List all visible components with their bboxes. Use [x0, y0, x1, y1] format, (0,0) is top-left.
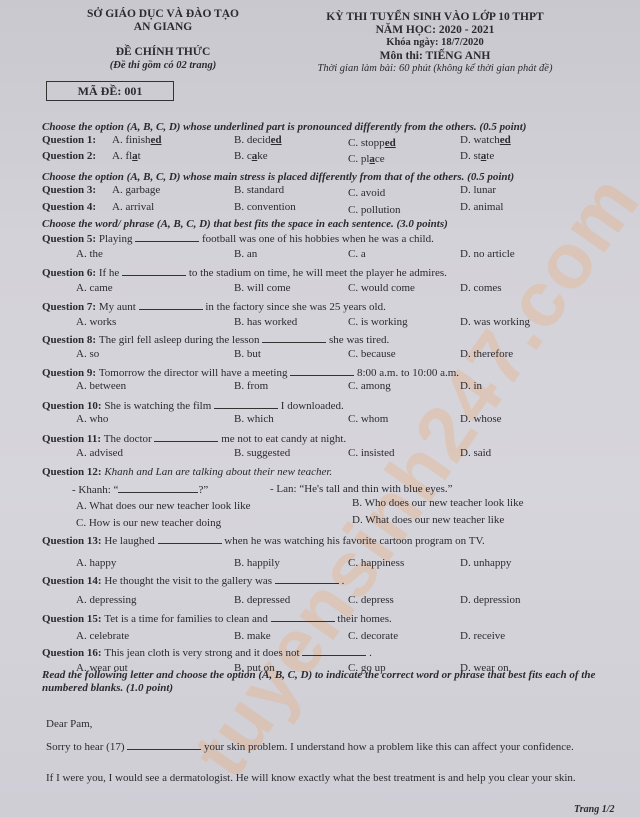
answer-option: A. happy [76, 557, 116, 569]
option-text: A. fl [112, 150, 132, 162]
question-label: Question 2: [42, 150, 96, 162]
question-row: Question 13: He laughed when he was watc… [42, 534, 485, 547]
answer-option: B. Who does our new teacher look like [352, 497, 523, 509]
question-stem-before: He laughed [104, 535, 157, 547]
answer-option: D. no article [460, 248, 515, 260]
question-label: Question 16: [42, 647, 104, 659]
answer-option: B. happily [234, 557, 280, 569]
answer-option: C. place [348, 153, 385, 165]
exam-date: Khóa ngày: 18/7/2020 [270, 37, 600, 48]
answer-option: C. pollution [348, 204, 401, 216]
answer-option: A. so [76, 348, 99, 360]
question-stem-before: The girl fell asleep during the lesson [99, 334, 262, 346]
question-stem-before: Playing [99, 233, 135, 245]
answer-option: B. suggested [234, 447, 290, 459]
option-text: D. st [460, 150, 481, 162]
question-stem-after: . [366, 647, 372, 659]
answer-option: A. between [76, 380, 126, 392]
answer-option: D. receive [460, 630, 505, 642]
underlined-part: ed [385, 137, 396, 149]
answer-option: D. lunar [460, 184, 496, 196]
question-label: Question 14: [42, 575, 104, 587]
answer-option: D. in [460, 380, 482, 392]
option-text: C. stopp [348, 137, 385, 149]
option-text: ce [375, 153, 385, 165]
answer-option: A. works [76, 316, 116, 328]
answer-blank [290, 366, 354, 376]
answer-option: D. animal [460, 201, 503, 213]
question-label: Question 5: [42, 233, 99, 245]
answer-option: A. celebrate [76, 630, 129, 642]
blank-17 [127, 740, 201, 750]
question-stem-after: in the factory since she was 25 years ol… [203, 301, 386, 313]
answer-option: C. is working [348, 316, 408, 328]
question-label: Question 11: [42, 433, 104, 445]
question-row: Question 6: If he to the stadium on time… [42, 266, 447, 279]
answer-blank [135, 232, 199, 242]
letter-p1-after: your skin problem. I understand how a pr… [204, 741, 574, 753]
question-label: Question 13: [42, 535, 104, 547]
department-name: SỞ GIÁO DỤC VÀ ĐÀO TẠO [68, 8, 258, 20]
question-label: Question 15: [42, 613, 104, 625]
answer-blank [154, 432, 218, 442]
answer-option: B. from [234, 380, 268, 392]
question-row: Question 7: My aunt in the factory since… [42, 300, 386, 313]
answer-option: C. depress [348, 594, 394, 606]
answer-blank [262, 333, 326, 343]
answer-blank [122, 266, 186, 276]
underlined-part: ed [151, 134, 162, 146]
answer-option: B. decided [234, 134, 282, 146]
answer-option: B. make [234, 630, 271, 642]
letter-paragraph-2: If I were you, I would see a dermatologi… [46, 772, 626, 785]
answer-option: B. convention [234, 201, 296, 213]
question-row: Question 10: She is watching the film I … [42, 399, 344, 412]
underlined-part: ed [500, 134, 511, 146]
answer-option: D. depression [460, 594, 521, 606]
answer-option: C. stopped [348, 137, 396, 149]
question-stem-before: This jean cloth is very strong and it do… [104, 647, 302, 659]
answer-option: B. has worked [234, 316, 297, 328]
question-label: Question 12: [42, 466, 104, 478]
exam-code: MÃ ĐỀ: 001 [78, 84, 143, 99]
exam-title: KỲ THI TUYỂN SINH VÀO LỚP 10 THPT [270, 11, 600, 23]
question-stem-before: She is watching the film [104, 400, 214, 412]
option-text: B. decid [234, 134, 271, 146]
section-reading: Read the following letter and choose the… [42, 669, 622, 695]
question-row: Question 5: Playing football was one of … [42, 232, 434, 245]
question-stem-before: Tet is a time for families to clean and [104, 613, 270, 625]
answer-option: C. a [348, 248, 366, 260]
option-text: te [486, 150, 494, 162]
answer-option: D. whose [460, 413, 502, 425]
question-stem-after: me not to eat candy at night. [218, 433, 346, 445]
question-stem-after: football was one of his hobbies when he … [199, 233, 434, 245]
answer-blank [139, 300, 203, 310]
question-row: Question 3: [42, 184, 96, 196]
question-stem-after: I downloaded. [278, 400, 344, 412]
answer-option: C. insisted [348, 447, 394, 459]
answer-option: C. whom [348, 413, 388, 425]
question-row: Question 11: The doctor me not to eat ca… [42, 432, 346, 445]
option-text: A. finish [112, 134, 151, 146]
answer-option: D. state [460, 150, 494, 162]
question-label: Question 10: [42, 400, 104, 412]
answer-option: B. standard [234, 184, 284, 196]
pages-note: (Đề thi gồm có 02 trang) [68, 60, 258, 71]
answer-option: A. arrival [112, 201, 154, 213]
question-label: Question 9: [42, 367, 99, 379]
answer-option: A. depressing [76, 594, 137, 606]
question-row: Question 9: Tomorrow the director will h… [42, 366, 459, 379]
school-year: NĂM HỌC: 2020 - 2021 [270, 24, 600, 36]
answer-option: B. will come [234, 282, 291, 294]
question-row: Question 8: The girl fell asleep during … [42, 333, 389, 346]
province-name: AN GIANG [68, 21, 258, 33]
question-label: Question 1: [42, 134, 96, 146]
question-row: Question 14: He thought the visit to the… [42, 574, 344, 587]
section-stress: Choose the option (A, B, C, D) whose mai… [42, 171, 514, 183]
dialogue-lan: - Lan: “He's tall and thin with blue eye… [270, 483, 453, 495]
answer-blank [271, 612, 335, 622]
answer-option: A. the [76, 248, 103, 260]
question-row: Question 4: [42, 201, 96, 213]
answer-blank [302, 646, 366, 656]
question-stem-after: to the stadium on time, he will meet the… [186, 267, 447, 279]
dialogue-line: - Khanh: “?” [72, 483, 208, 496]
option-text: B. c [234, 150, 252, 162]
answer-option: D. unhappy [460, 557, 511, 569]
answer-option: A. who [76, 413, 108, 425]
answer-option: A. advised [76, 447, 123, 459]
answer-option: C. avoid [348, 187, 385, 199]
answer-option: A. came [76, 282, 113, 294]
question-stem: Khanh and Lan are talking about their ne… [104, 466, 332, 478]
question-row: Question 12: Khanh and Lan are talking a… [42, 466, 332, 478]
answer-option: B. but [234, 348, 261, 360]
question-stem-before: The doctor [104, 433, 155, 445]
dialogue-khanh: - Khanh: “ [72, 484, 118, 496]
question-stem-before: If he [99, 267, 122, 279]
underlined-part: ed [271, 134, 282, 146]
question-row: Question 15: Tet is a time for families … [42, 612, 392, 625]
page-number: Trang 1/2 [574, 804, 614, 815]
answer-option: D. said [460, 447, 491, 459]
question-row: Question 2: [42, 150, 96, 162]
question-label: Question 8: [42, 334, 99, 346]
question-label: Question 6: [42, 267, 99, 279]
official-label: ĐỀ CHÍNH THỨC [68, 46, 258, 58]
option-text: C. pl [348, 153, 369, 165]
question-stem-after: . [339, 575, 345, 587]
question-stem-after: their homes. [335, 613, 392, 625]
answer-option: D. comes [460, 282, 502, 294]
answer-option: A. What does our new teacher look like [76, 500, 251, 512]
answer-option: B. depressed [234, 594, 290, 606]
answer-option: C. happiness [348, 557, 404, 569]
answer-option: D. therefore [460, 348, 513, 360]
question-row: Question 1: [42, 134, 96, 146]
answer-option: D. was working [460, 316, 530, 328]
answer-option: D. What does our new teacher like [352, 514, 504, 526]
answer-option: C. decorate [348, 630, 398, 642]
letter-greeting: Dear Pam, [46, 718, 92, 731]
answer-blank [214, 399, 278, 409]
section-pronunciation: Choose the option (A, B, C, D) whose und… [42, 121, 526, 133]
answer-option: C. because [348, 348, 396, 360]
option-text: ke [257, 150, 267, 162]
question-stem-after: when he was watching his favorite cartoo… [222, 535, 485, 547]
question-label: Question 4: [42, 201, 96, 213]
answer-blank [275, 574, 339, 584]
question-stem-after: she was tired. [326, 334, 389, 346]
answer-option: B. an [234, 248, 257, 260]
question-label: Question 3: [42, 184, 96, 196]
answer-option: C. would come [348, 282, 415, 294]
answer-option: C. among [348, 380, 391, 392]
exam-code-box: MÃ ĐỀ: 001 [46, 81, 174, 101]
answer-blank [158, 534, 222, 544]
question-row: Question 16: This jean cloth is very str… [42, 646, 372, 659]
time-limit: Thời gian làm bài: 60 phút (không kể thờ… [270, 63, 600, 74]
section-fill: Choose the word/ phrase (A, B, C, D) tha… [42, 218, 448, 230]
answer-option: B. cake [234, 150, 268, 162]
answer-option: A. finished [112, 134, 162, 146]
answer-option: D. watched [460, 134, 511, 146]
letter-p1-before: Sorry to hear (17) [46, 741, 125, 753]
question-stem-before: He thought the visit to the gallery was [104, 575, 274, 587]
question-label: Question 7: [42, 301, 99, 313]
dialogue-khanh-end: ?” [198, 484, 208, 496]
answer-blank [118, 483, 198, 493]
answer-option: C. How is our new teacher doing [76, 517, 221, 529]
letter-paragraph-1: Sorry to hear (17) your skin problem. I … [46, 740, 626, 754]
answer-option: B. which [234, 413, 274, 425]
question-stem-after: 8:00 a.m. to 10:00 a.m. [354, 367, 459, 379]
option-text: t [138, 150, 141, 162]
question-stem-before: Tomorrow the director will have a meetin… [99, 367, 290, 379]
answer-option: A. garbage [112, 184, 160, 196]
option-text: D. watch [460, 134, 500, 146]
question-stem-before: My aunt [99, 301, 139, 313]
answer-option: A. flat [112, 150, 141, 162]
subject: Môn thi: TIẾNG ANH [270, 50, 600, 62]
